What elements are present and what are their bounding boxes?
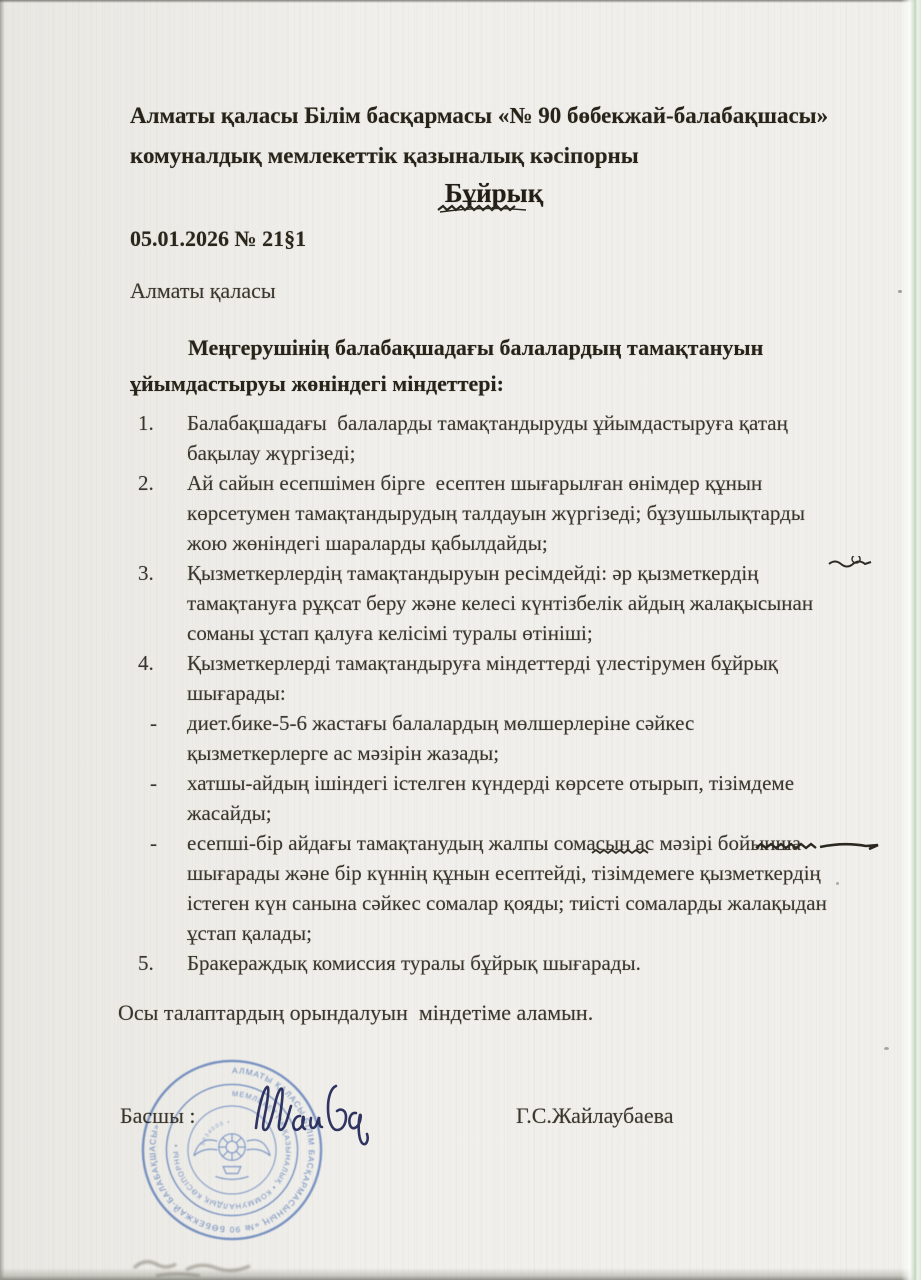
city-line: Алматы қаласы [130, 276, 890, 306]
list-item-text: Бракераждық комиссия туралы бұйрық шығар… [187, 948, 890, 978]
duties-list: 1. Балабақшадағы балаларды тамақтандыруд… [130, 408, 890, 978]
list-item-text: Ай сайын есепшімен бірге есептен шығарыл… [187, 468, 890, 558]
list-item: - хатшы-айдың ішіндегі істелген күндерді… [130, 768, 890, 828]
scan-edge-left [0, 0, 5, 1280]
scanned-document-page: Алматы қаласы Білім басқармасы «№ 90 бөб… [0, 0, 921, 1280]
list-item-text: Қызметкерлердің тамақтандыруын ресімдейд… [187, 558, 890, 648]
order-subject: Меңгерушінің балабақшадағы балалардың та… [130, 330, 890, 402]
list-item-text: Қызметкерлерді тамақтандыруға міндеттерд… [187, 648, 890, 708]
list-item-marker: 4. [130, 648, 187, 708]
signer-name: Г.С.Жайлаубаева [516, 1103, 674, 1129]
organization-header: Алматы қаласы Білім басқармасы «№ 90 бөб… [130, 96, 890, 176]
list-item-marker: - [130, 768, 187, 828]
scan-speck [884, 1047, 889, 1050]
scan-edge-top [0, 0, 921, 3]
document-body: Алматы қаласы Білім басқармасы «№ 90 бөб… [130, 0, 890, 1028]
list-item-marker: - [130, 708, 187, 768]
handwritten-signature [248, 1076, 380, 1166]
scan-edge-bottom [0, 1268, 921, 1280]
list-item-text: Балабақшадағы балаларды тамақтандыруды ұ… [187, 408, 890, 468]
list-item: 4. Қызметкерлерді тамақтандыруға міндетт… [130, 648, 890, 708]
list-item: 2. Ай сайын есепшімен бірге есептен шыға… [130, 468, 890, 558]
list-item-marker: 1. [130, 408, 187, 468]
list-item-marker: - [130, 828, 187, 948]
list-item-text: хатшы-айдың ішіндегі істелген күндерді к… [187, 768, 890, 828]
margin-scribble [826, 556, 874, 570]
list-item: 5. Бракераждық комиссия туралы бұйрық шы… [130, 948, 890, 978]
line-end-scribble [754, 838, 882, 857]
list-item: 3. Қызметкерлердің тамақтандыруын ресімд… [130, 558, 890, 648]
scan-edge-right [901, 0, 921, 1280]
text-underline-scribble [590, 847, 652, 858]
list-item-marker: 2. [130, 468, 187, 558]
list-item-marker: 3. [130, 558, 187, 648]
scan-speck [836, 882, 839, 885]
order-date-number: 05.01.2026 № 21§1 [130, 224, 890, 254]
list-item-marker: 5. [130, 948, 187, 978]
closing-statement: Осы талаптардың орындалуын міндетіме ала… [118, 998, 890, 1028]
list-item: - диет.бике-5-6 жастағы балалардың мөлше… [130, 708, 890, 768]
list-item: 1. Балабақшадағы балаларды тамақтандыруд… [130, 408, 890, 468]
list-item-text: диет.бике-5-6 жастағы балалардың мөлшерл… [187, 708, 890, 768]
title-underline-scribble [436, 201, 530, 216]
